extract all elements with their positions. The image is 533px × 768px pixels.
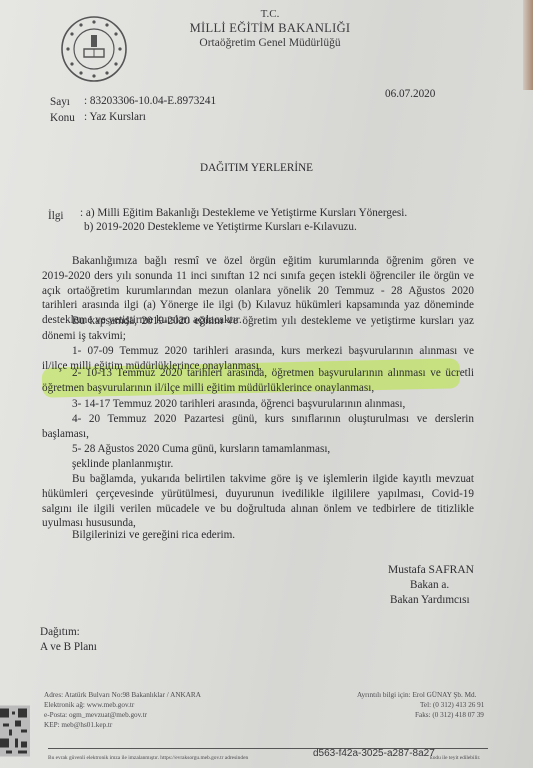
body-line: başlaması, (42, 427, 89, 441)
verify-suffix: kodu ile teyit edilebilir. (430, 753, 480, 763)
desk-edge (523, 0, 533, 90)
body-line: dönemi iş takvimi; (42, 329, 126, 343)
body-line: tarihleri arasında ilgi (a) Yönerge ile … (42, 298, 474, 312)
sayi-value: : 83203306-10.04-E.8973241 (84, 94, 216, 108)
ilgi-a: : a) Milli Eğitim Bakanlığı Destekleme v… (80, 206, 407, 220)
sayi-label: Sayı (50, 95, 70, 109)
verify-prefix: Bu evrak güvenli elektronik imza ile imz… (48, 753, 248, 763)
footer-email: e-Posta: ogm_mevzuat@meb.gov.tr (44, 710, 147, 720)
body-line: 4- 20 Temmuz 2020 Pazartesi günü, kurs s… (72, 412, 474, 426)
header-directorate: Ortaöğretim Genel Müdürlüğü (150, 37, 390, 49)
header-country: T.C. (150, 8, 390, 20)
document-date: 06.07.2020 (385, 87, 435, 101)
ilgi-b: b) 2019-2020 Destekleme ve Yetiştirme Ku… (84, 220, 357, 234)
body-line: öğretmen başvurularının il/ilçe milli eğ… (42, 381, 374, 395)
signer-name: Mustafa SAFRAN (388, 563, 474, 577)
verify-code: d563-f42a-3025-a287-8a27 (313, 749, 435, 759)
signer-title-2: Bakan Yardımcısı (390, 593, 470, 607)
body-line: hükümleri çerçevesinde yürütülmesi, duyu… (42, 487, 474, 501)
body-line: salgını ile ilgili verilen mücadele ve b… (42, 502, 474, 516)
konu-label: Konu (50, 111, 75, 125)
body-line: 2019-2020 ders yılı sonunda 11 inci sını… (42, 269, 474, 283)
footer-fax: Faks: (0 312) 418 07 39 (415, 710, 484, 720)
body-line: 1- 07-09 Temmuz 2020 tarihleri arasında,… (72, 344, 474, 358)
body-line: 2- 10-13 Temmuz 2020 tarihleri arasında,… (72, 366, 474, 380)
body-line: Bu kapsamda, 2019-2020 eğitim ve öğretim… (72, 314, 474, 328)
footer-address: Adres: Atatürk Bulvarı No:98 Bakanlıklar… (44, 690, 201, 700)
konu-value: : Yaz Kursları (84, 110, 146, 124)
footer-contact: Ayrıntılı bilgi için: Erol GÜNAY Şb. Md. (357, 690, 476, 700)
distribution-label: Dağıtım: (40, 625, 80, 639)
signer-title-1: Bakan a. (410, 578, 449, 592)
body-line: şeklinde planlanmıştır. (72, 457, 173, 471)
ilgi-label: İlgi (48, 209, 64, 223)
body-line: Bakanlığımıza bağlı resmî ve özel örgün … (72, 254, 474, 268)
body-line: 5- 28 Ağustos 2020 Cuma günü, kursların … (72, 442, 330, 456)
closing: Bilgilerinizi ve gereğini rica ederim. (72, 528, 235, 542)
footer-kep: KEP: meb@hs01.kep.tr (44, 720, 112, 730)
addressee: DAĞITIM YERLERİNE (200, 161, 313, 175)
ministry-seal-icon (60, 15, 128, 83)
body-line: 3- 14-17 Temmuz 2020 tarihleri arasında,… (72, 397, 405, 411)
footer-web: Elektronik ağ: www.meb.gov.tr (44, 700, 134, 710)
body-line: Bu bağlamda, yukarıda belirtilen takvime… (72, 472, 474, 486)
body-line: açık ortaöğretim kurumlarından mezun ola… (42, 284, 474, 298)
distribution-value: A ve B Planı (40, 640, 97, 654)
qr-code-icon (0, 705, 30, 757)
header-ministry: MİLLİ EĞİTİM BAKANLIĞI (150, 21, 390, 36)
footer-tel: Tel: (0 312) 413 26 91 (420, 700, 484, 710)
